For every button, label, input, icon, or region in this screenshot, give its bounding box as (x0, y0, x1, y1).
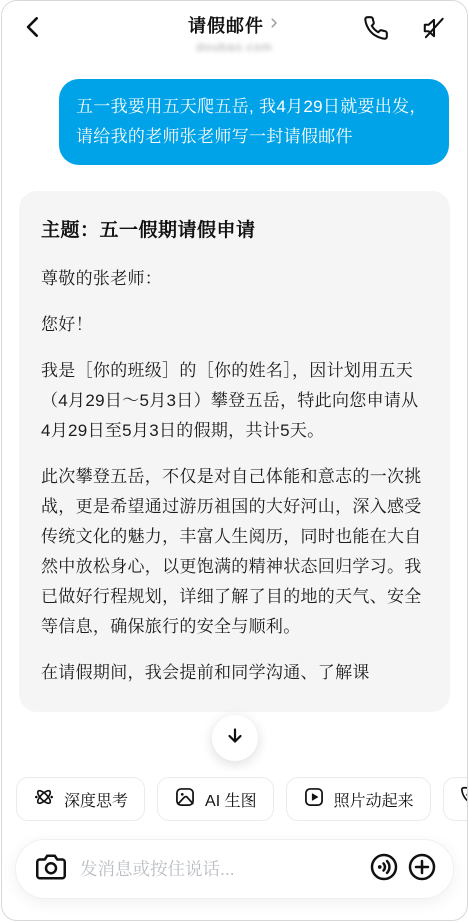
voice-input-button[interactable] (367, 852, 401, 886)
camera-button[interactable] (34, 852, 68, 886)
chat-header: 请假邮件 doubao.com (2, 1, 467, 59)
voice-wave-icon (369, 852, 399, 887)
ai-image-label: AI 生图 (205, 788, 257, 811)
add-button[interactable] (405, 852, 439, 886)
speaker-muted-icon (421, 15, 447, 46)
ai-image-button[interactable]: AI 生图 (157, 777, 274, 821)
chevron-right-icon (267, 16, 281, 35)
mute-toggle-button[interactable] (417, 13, 451, 47)
photo-animate-icon (303, 786, 325, 813)
phone-call-button[interactable]: 打电话 (443, 777, 467, 821)
ai-image-icon (174, 786, 196, 813)
assistant-email-card[interactable]: 主题：五一假期请假申请 尊敬的张老师： 您好！ 我是［你的班级］的［你的姓名］，… (19, 191, 450, 712)
email-salutation: 尊敬的张老师： (41, 264, 428, 294)
message-input[interactable] (80, 859, 357, 880)
camera-icon (36, 852, 66, 887)
message-list[interactable]: 五一我要用五天爬五岳, 我4月29日就要出发，请给我的老师张老师写一封请假邮件 … (2, 59, 467, 771)
phone-icon (363, 15, 389, 46)
email-paragraph: 在请假期间，我会提前和同学沟通、了解课 (41, 658, 428, 688)
plus-icon (407, 852, 437, 887)
scroll-to-bottom-button[interactable] (212, 715, 258, 761)
header-actions (359, 13, 451, 47)
email-paragraph: 此次攀登五岳，不仅是对自己体能和意志的一次挑战，更是希望通过游历祖国的大好河山，… (41, 462, 428, 642)
deep-think-icon (33, 786, 55, 813)
photo-animate-button[interactable]: 照片动起来 (286, 777, 431, 821)
photo-animate-label: 照片动起来 (334, 788, 414, 811)
user-message-bubble[interactable]: 五一我要用五天爬五岳, 我4月29日就要出发，请给我的老师张老师写一封请假邮件 (59, 79, 449, 165)
deep-think-label: 深度思考 (64, 788, 128, 811)
quick-action-toolbar[interactable]: 深度思考 AI 生图 照片动起来 打电话 (2, 777, 467, 825)
conversation-title-button[interactable]: 请假邮件 (188, 12, 281, 38)
arrow-down-icon (223, 724, 247, 753)
deep-think-button[interactable]: 深度思考 (16, 777, 145, 821)
email-paragraph: 我是［你的班级］的［你的姓名］，因计划用五天（4月29日～5月3日）攀登五岳，特… (41, 356, 428, 446)
message-composer (15, 839, 454, 899)
voice-call-button[interactable] (359, 13, 393, 47)
page-title: 请假邮件 (188, 12, 264, 38)
email-greeting: 您好！ (41, 310, 428, 340)
app-window: 请假邮件 doubao.com 五一我要用五天爬五岳, 我4月29日就要出发，请… (1, 0, 468, 921)
email-subject: 主题：五一假期请假申请 (41, 215, 428, 242)
phone-call-icon (460, 786, 467, 812)
